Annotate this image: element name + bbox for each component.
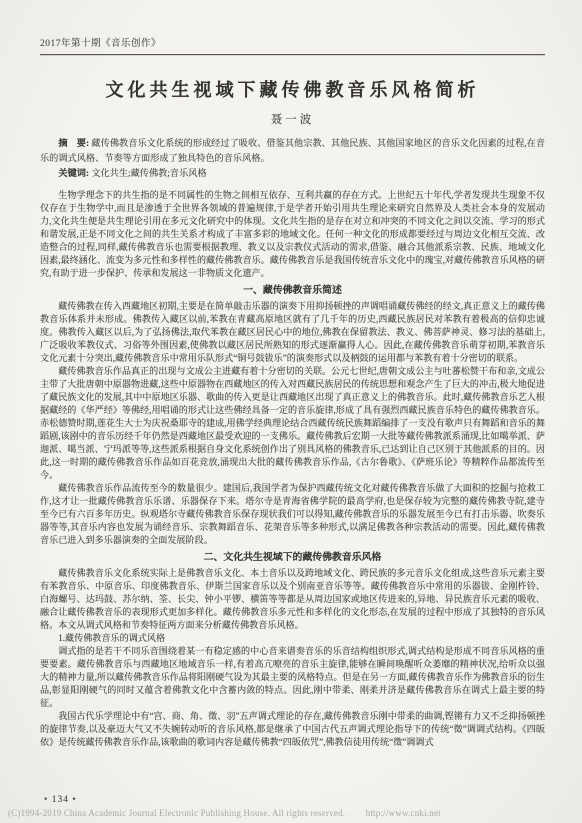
subsection-heading: 1.藏传佛教音乐的调式风格 [40,632,545,645]
keywords-label: 关键词: [58,168,89,178]
body-paragraph: 我国古代乐学理论中有“宫、商、角、徵、羽”五声调式理论的存在,藏传佛教音乐刚中带… [40,710,545,749]
article-author: 聂一波 [40,111,545,127]
journal-issue-label: 2017年第十期《音乐创作》 [40,39,161,49]
body-paragraph: 调式指的是若干不同乐音围绕着某一有稳定感的中心音来谱奏音乐的乐音结构组织形式,调… [40,645,545,710]
keywords-text: 文化共生;藏传佛教;音乐风格 [91,168,206,178]
page-header: 2017年第十期《音乐创作》 [40,33,545,55]
copyright-text: (C)1994-2019 China Academic Journal Elec… [8,808,345,818]
body-paragraph: 藏传佛教音乐文化系统实际上是佛教音乐文化、本土音乐以及跨地域文化、跨民族的多元音… [40,567,545,632]
section-heading: 一、藏传佛教音乐简述 [40,284,545,297]
article-body: 生物学理念下的共生指的是不同属性的生物之间相互依存、互利共赢的存在方式。上世纪五… [40,189,545,749]
header-rule [40,54,545,55]
abstract-text: 藏传佛教音乐文化系统的形成经过了吸收、借鉴其他宗教、其他民族、其他国家地区的音乐… [40,138,545,163]
section-heading: 二、文化共生视域下的藏传佛教音乐风格 [40,551,545,564]
body-paragraph: 藏传佛教音乐作品真正的出现与文成公主进藏有着十分密切的关联。公元七世纪,唐朝文成… [40,365,545,482]
abstract: 摘 要: 藏传佛教音乐文化系统的形成经过了吸收、借鉴其他宗教、其他民族、其他国家… [40,136,545,166]
article-title: 文化共生视域下藏传佛教音乐风格简析 [40,76,545,102]
body-paragraph: 生物学理念下的共生指的是不同属性的生物之间相互依存、互利共赢的存在方式。上世纪五… [40,189,545,280]
body-paragraph: 藏传佛教在传入西藏地区初期,主要是在简单敲击乐器的演奏下用抑扬顿挫的声调唱诵藏传… [40,300,545,365]
abstract-label: 摘 要: [58,138,89,148]
page-number: • 134 • [44,795,77,805]
copyright-line: (C)1994-2019 China Academic Journal Elec… [8,808,574,818]
journal-page: 2017年第十期《音乐创作》 文化共生视域下藏传佛教音乐风格简析 聂一波 摘 要… [0,0,582,823]
body-paragraph: 藏传佛教音乐作品流传至今的数量很少。建国后,我国学者为保护西藏传统文化对藏传佛教… [40,482,545,547]
keywords: 关键词: 文化共生;藏传佛教;音乐风格 [40,166,545,181]
cnki-url: http://www.cnki.net [366,808,441,818]
